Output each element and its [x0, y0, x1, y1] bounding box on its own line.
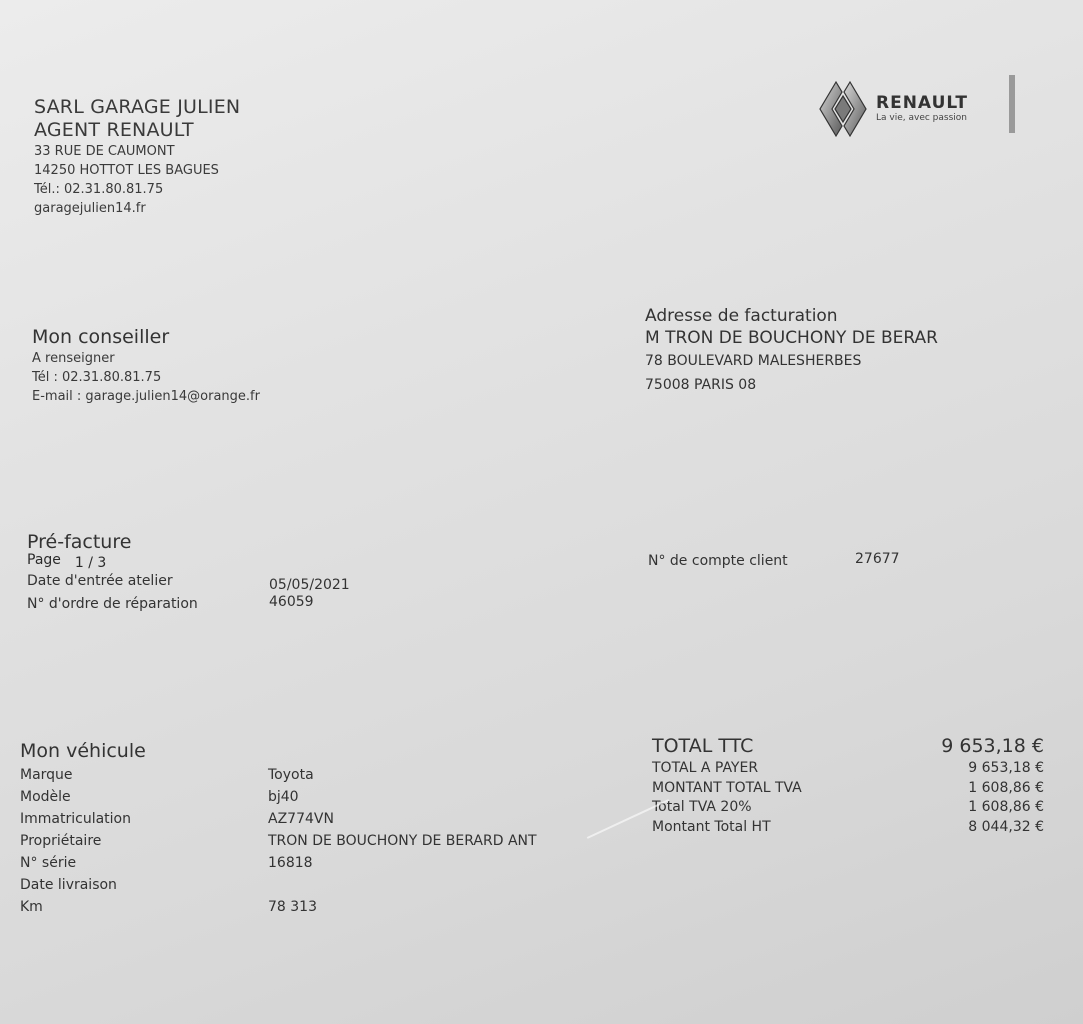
vehicle-row-label: Km — [20, 896, 268, 918]
vehicle-row-value: AZ774VN — [268, 808, 334, 830]
advisor-block: Mon conseiller A renseigner Tél : 02.31.… — [32, 325, 260, 406]
vehicle-row-label: Propriétaire — [20, 830, 268, 852]
total-row-value: 8 044,32 € — [968, 818, 1044, 838]
company-name: SARL GARAGE JULIEN — [34, 96, 240, 119]
vehicle-row-label: Marque — [20, 764, 268, 786]
invoice-block: Pré-facture Page1 / 3 Date d'entrée atel… — [27, 531, 350, 615]
billing-city: 75008 PARIS 08 — [645, 373, 938, 397]
invoice-row-label: N° d'ordre de réparation — [27, 593, 269, 615]
vehicle-row-value: TRON DE BOUCHONY DE BERARD ANT — [268, 830, 537, 852]
vehicle-row: PropriétaireTRON DE BOUCHONY DE BERARD A… — [20, 830, 537, 852]
vehicle-row-label: Date livraison — [20, 874, 268, 896]
page-indicator: Page1 / 3 — [27, 553, 350, 568]
billing-title: Adresse de facturation — [645, 305, 938, 327]
billing-address-block: Adresse de facturation M TRON DE BOUCHON… — [645, 305, 938, 397]
totals-block: TOTAL TTC 9 653,18 € TOTAL A PAYER9 653,… — [652, 733, 1044, 837]
total-row: MONTANT TOTAL TVA1 608,86 € — [652, 779, 1044, 799]
advisor-email: E-mail : garage.julien14@orange.fr — [32, 387, 260, 406]
client-account-label: N° de compte client — [648, 553, 855, 569]
total-row-value: 9 653,18 € — [968, 759, 1044, 779]
invoice-row: N° d'ordre de réparation 46059 — [27, 593, 350, 615]
vehicle-block: Mon véhicule MarqueToyotaModèlebj40Immat… — [20, 738, 537, 918]
invoice-row: Date d'entrée atelier 05/05/2021 — [27, 571, 350, 591]
vehicle-row: N° série16818 — [20, 852, 537, 874]
brand-tagline: La vie, avec passion — [876, 112, 968, 124]
billing-name: M TRON DE BOUCHONY DE BERAR — [645, 327, 938, 349]
company-website: garagejulien14.fr — [34, 199, 240, 218]
invoice-title: Pré-facture — [27, 531, 350, 553]
company-subtitle: AGENT RENAULT — [34, 119, 240, 142]
logo-divider — [1009, 75, 1015, 133]
vehicle-row-label: Immatriculation — [20, 808, 268, 830]
total-row-value: 1 608,86 € — [968, 779, 1044, 799]
client-account-value: 27677 — [855, 551, 900, 567]
company-city: 14250 HOTTOT LES BAGUES — [34, 161, 240, 180]
renault-logo: RENAULT La vie, avec passion — [818, 80, 968, 138]
total-ttc-label: TOTAL TTC — [652, 733, 753, 759]
billing-street: 78 BOULEVARD MALESHERBES — [645, 349, 938, 373]
vehicle-row-value: bj40 — [268, 786, 299, 808]
advisor-title: Mon conseiller — [32, 325, 260, 349]
advisor-phone: Tél : 02.31.80.81.75 — [32, 368, 260, 387]
vehicle-row-value: 78 313 — [268, 896, 317, 918]
vehicle-title: Mon véhicule — [20, 738, 537, 764]
total-ttc-row: TOTAL TTC 9 653,18 € — [652, 733, 1044, 759]
vehicle-row-value: 16818 — [268, 852, 313, 874]
vehicle-row: Km78 313 — [20, 896, 537, 918]
vehicle-row-value: Toyota — [268, 764, 314, 786]
vehicle-row: Date livraison — [20, 874, 537, 896]
vehicle-row: Modèlebj40 — [20, 786, 537, 808]
brand-name: RENAULT — [876, 94, 968, 112]
total-row: TOTAL A PAYER9 653,18 € — [652, 759, 1044, 779]
invoice-row-value: 46059 — [269, 591, 314, 613]
renault-diamond-icon — [818, 80, 868, 138]
total-row-label: TOTAL A PAYER — [652, 759, 758, 779]
client-account: N° de compte client 27677 — [648, 553, 900, 569]
total-ttc-value: 9 653,18 € — [941, 733, 1044, 759]
total-row-label: MONTANT TOTAL TVA — [652, 779, 802, 799]
vehicle-row-label: N° série — [20, 852, 268, 874]
company-phone: Tél.: 02.31.80.81.75 — [34, 180, 240, 199]
invoice-row-label: Date d'entrée atelier — [27, 571, 269, 591]
page-label: Page — [27, 552, 61, 568]
company-block: SARL GARAGE JULIEN AGENT RENAULT 33 RUE … — [34, 96, 240, 218]
total-row-label: Montant Total HT — [652, 818, 771, 838]
vehicle-row-label: Modèle — [20, 786, 268, 808]
total-row: Total TVA 20%1 608,86 € — [652, 798, 1044, 818]
company-street: 33 RUE DE CAUMONT — [34, 142, 240, 161]
total-row-value: 1 608,86 € — [968, 798, 1044, 818]
page-value: 1 / 3 — [75, 555, 106, 571]
total-row: Montant Total HT8 044,32 € — [652, 818, 1044, 838]
vehicle-row: MarqueToyota — [20, 764, 537, 786]
advisor-name: A renseigner — [32, 349, 260, 368]
vehicle-row: ImmatriculationAZ774VN — [20, 808, 537, 830]
